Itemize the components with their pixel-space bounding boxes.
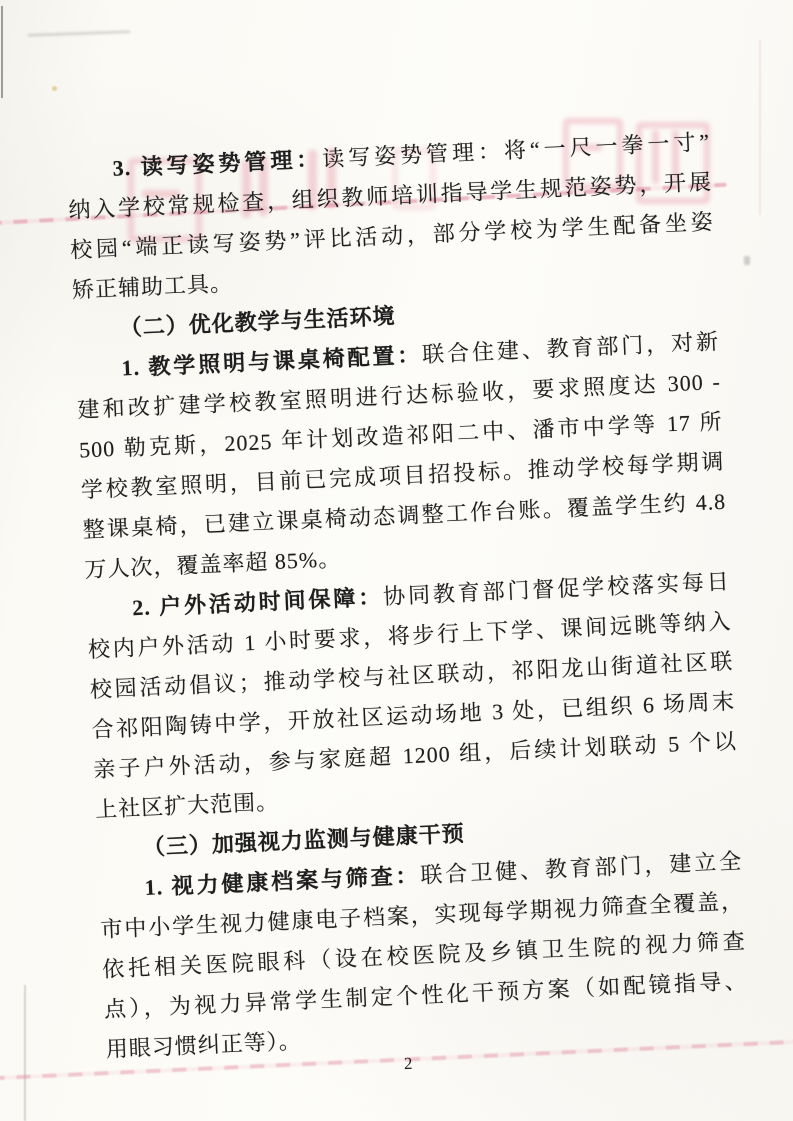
paper-speck <box>744 256 750 265</box>
bold-lead-text: 1. 视力健康档案与筛查： <box>144 863 421 900</box>
bold-lead-text: 1. 教学照明与课桌椅配置： <box>121 342 423 380</box>
body-text: 上社区扩大范围。 <box>95 789 280 822</box>
bold-lead-text: 2. 户外活动时间保障： <box>132 584 384 620</box>
bold-lead-text: 3. 读写姿势管理： <box>112 146 323 180</box>
body-text: 万人次，覆盖率超 85%。 <box>84 546 342 582</box>
paper-speck <box>52 86 57 91</box>
page-number: 2 <box>404 1054 413 1074</box>
body-text: 联合卫健、教育部门，建立全 <box>420 848 743 887</box>
bold-lead-text: （二）优化教学与生活环境 <box>119 303 396 340</box>
body-text: 矫正辅助工具。 <box>72 270 234 302</box>
scan-edge-artifact <box>1 6 3 98</box>
pink-scan-streak <box>759 40 761 215</box>
body-text: 用眼习惯纠正等）。 <box>105 1028 302 1062</box>
document-body: 3. 读写姿势管理：读写姿势管理：将“一尺一拳一寸”纳入学校常规检查，组织教师培… <box>66 122 750 1070</box>
body-text: 联合住建、教育部门，对新 <box>422 329 720 367</box>
scanned-document-page: 3. 读写姿势管理：读写姿势管理：将“一尺一拳一寸”纳入学校常规检查，组织教师培… <box>0 0 793 1121</box>
bold-lead-text: （三）加强视力监测与健康干预 <box>142 821 465 860</box>
scan-edge-artifact <box>24 985 26 1121</box>
scan-smudge-artifact <box>28 30 130 37</box>
